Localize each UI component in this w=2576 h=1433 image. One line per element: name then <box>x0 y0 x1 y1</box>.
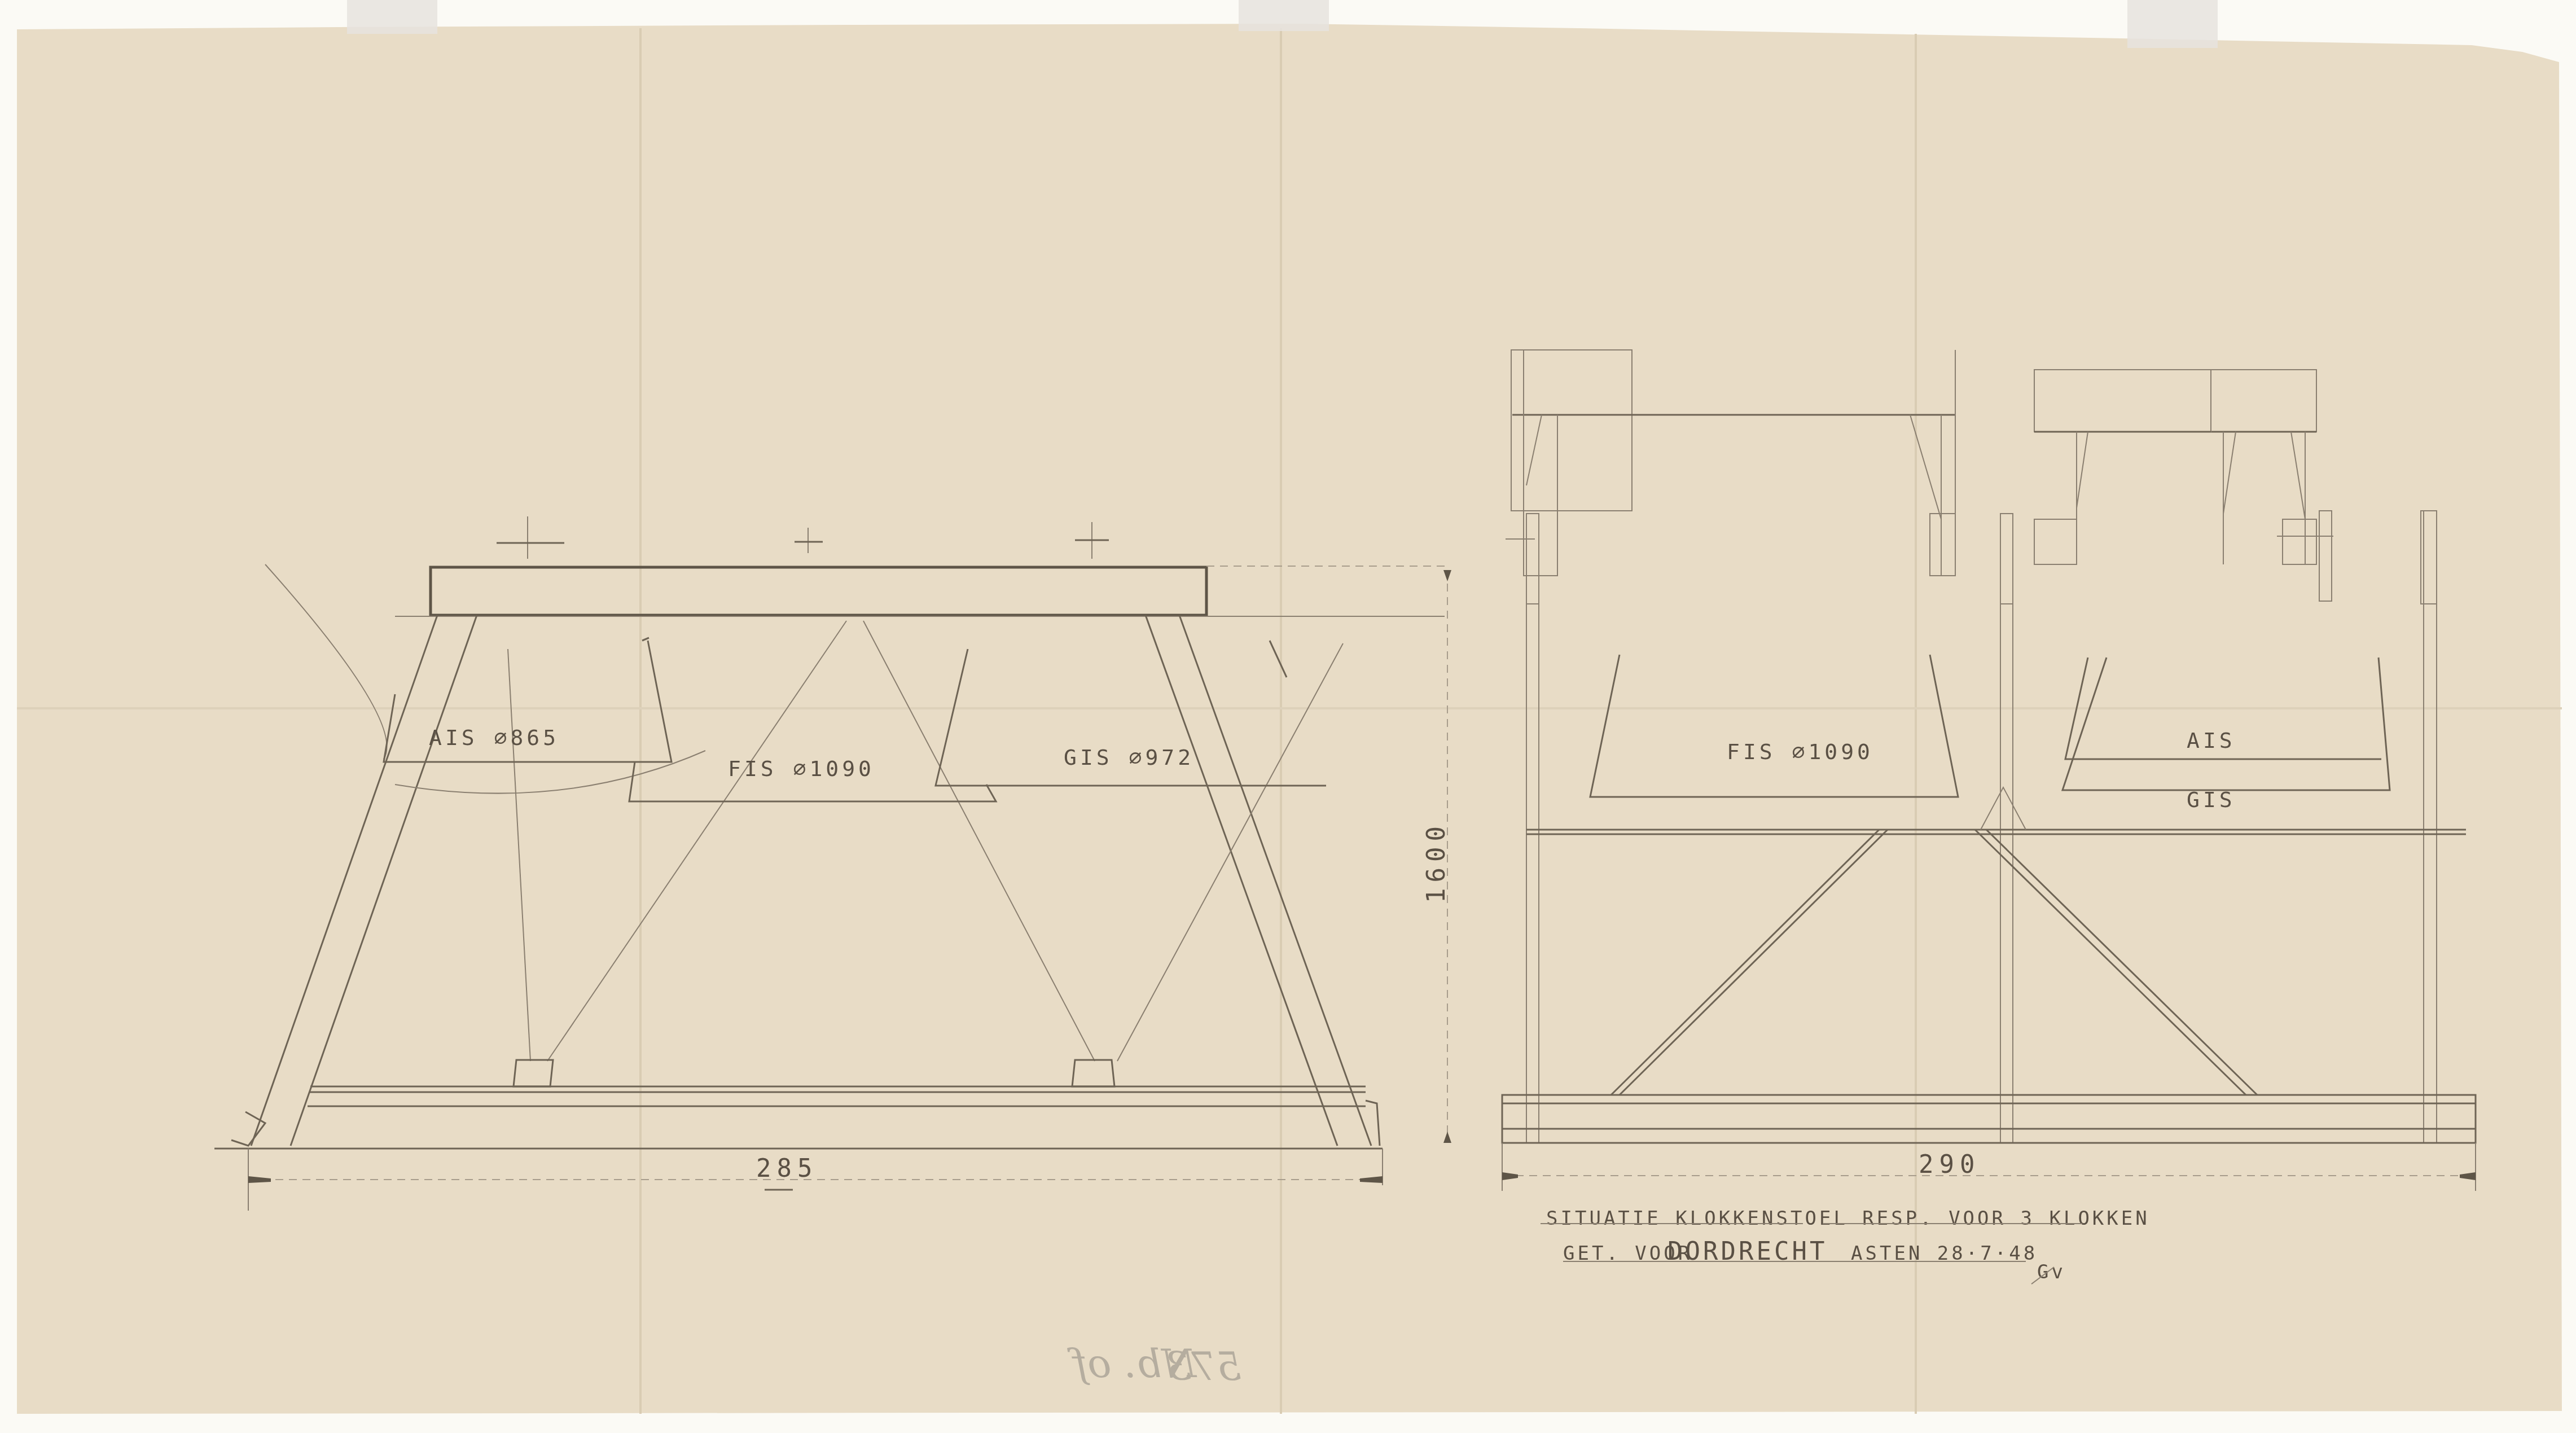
right-bell-label-ais: AIS <box>2187 728 2236 753</box>
right-bell-label-fis: FIS ⌀1090 <box>1727 739 1873 764</box>
dimension-width-right: 290 <box>1919 1150 1980 1179</box>
drawing-sheet: AIS ⌀865 FIS ⌀1090 GIS ⌀972 1600 285 <box>0 0 2576 1433</box>
bell-label-ais: AIS ⌀865 <box>429 725 559 750</box>
dimension-width-left: 285 <box>756 1154 818 1183</box>
title-line-1: SITUATIE KLOKKENSTOEL RESP. VOOR 3 KLOKK… <box>1546 1207 2150 1230</box>
drafter-initials: Gv <box>2037 1261 2066 1283</box>
bell-label-gis: GIS ⌀972 <box>1064 745 1194 770</box>
pencil-number: 573 <box>1166 1343 1241 1390</box>
paper <box>17 24 2562 1414</box>
pencil-notes: Nb. of 573 <box>1067 1340 1241 1390</box>
right-bell-label-gis: GIS <box>2187 787 2236 812</box>
bell-label-fis: FIS ⌀1090 <box>728 756 875 781</box>
dimension-height: 1600 <box>1422 821 1451 903</box>
